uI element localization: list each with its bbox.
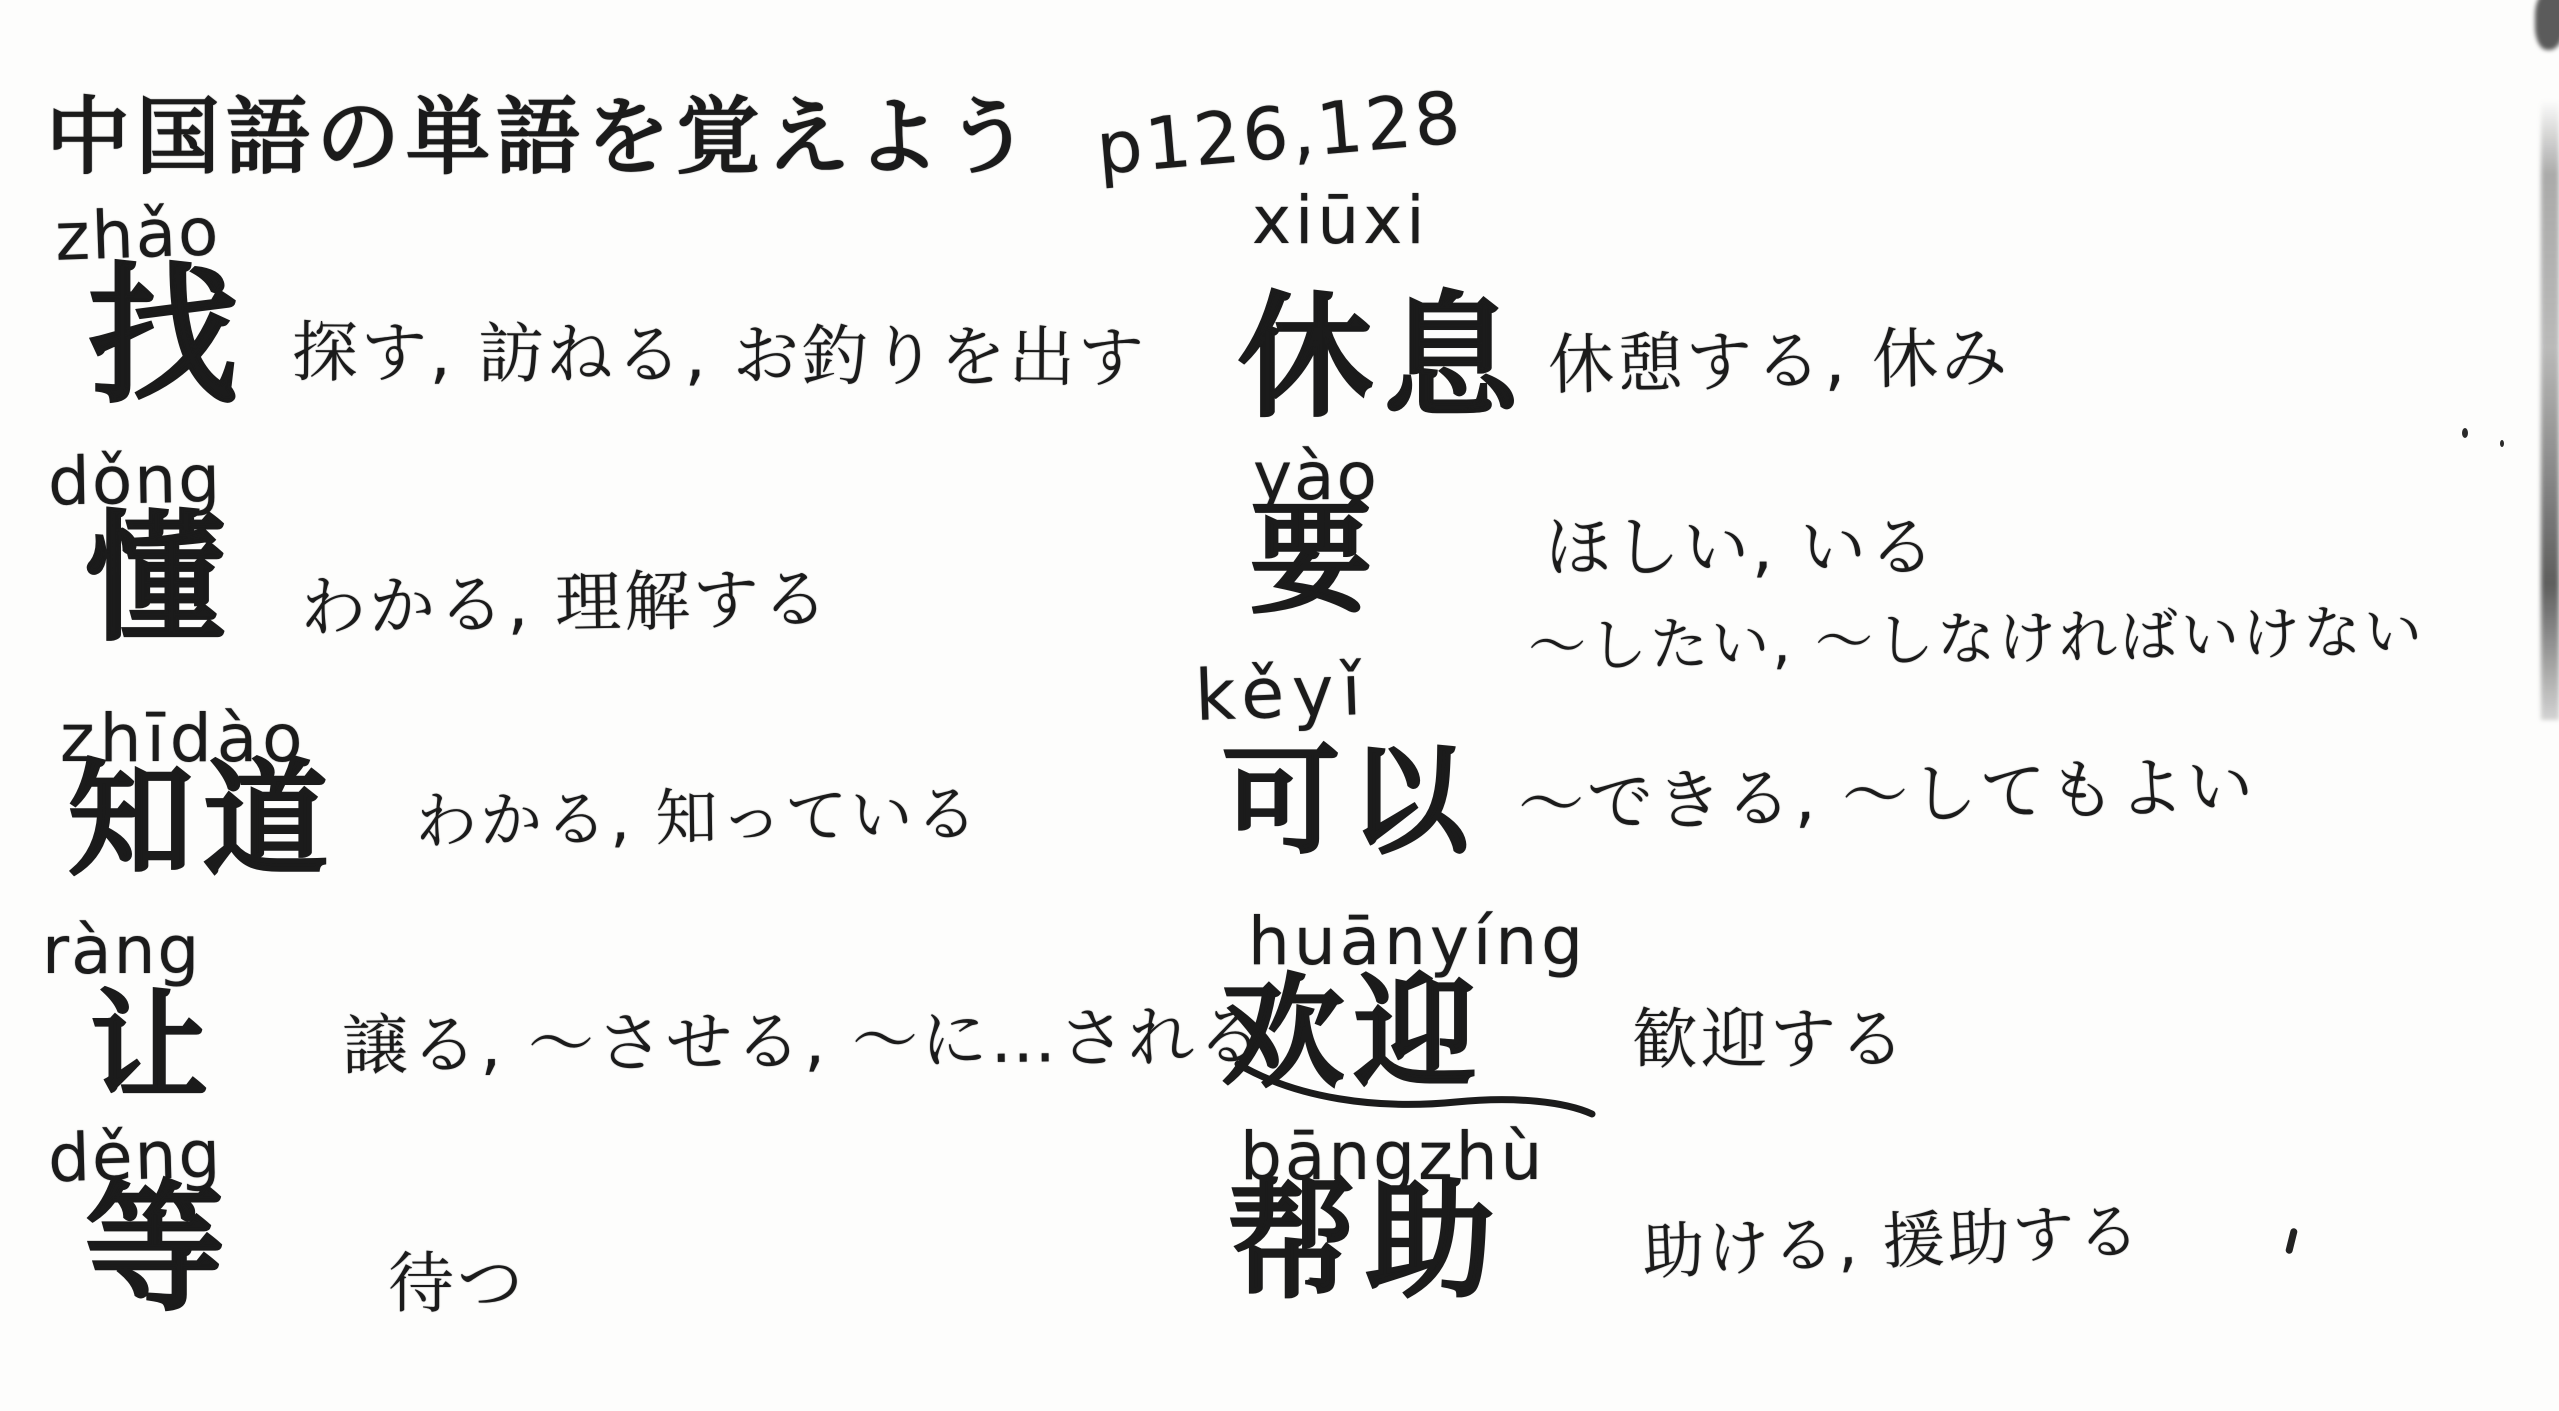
meaning-text: 譲る, ～させる, ～に…される [342, 983, 1267, 1088]
handwritten-vocab-note: 中国語の単語を覚えよう p126,128 zhǎo 找 探す, 訪ねる, お釣り… [0, 0, 2559, 1411]
note-title: 中国語の単語を覚えよう [46, 88, 1036, 186]
pinyin-text: kěyǐ [1194, 649, 1371, 737]
meaning-text: わかる, 理解する [299, 545, 832, 649]
scan-edge-shadow [2541, 100, 2559, 720]
meaning-text: 探す, 訪ねる, お釣りを出す [292, 299, 1148, 400]
hanzi-text: 可以 [1222, 742, 1478, 860]
meaning-text: ～できる, ～してもよい [1517, 732, 2257, 846]
scan-corner-blob [2535, 0, 2559, 50]
meaning-text: 助ける, 援助する [1640, 1181, 2144, 1292]
hanzi-text: 知道 [68, 758, 338, 883]
hanzi-text: 让 [90, 988, 218, 1106]
scan-speck [2462, 428, 2468, 438]
meaning-text: ほしい, いる [1545, 494, 1938, 589]
page-reference: p126,128 [1093, 75, 1466, 191]
hanzi-text: 找 [88, 262, 248, 412]
pinyin-text: xiūxi [1252, 182, 1429, 259]
scan-speck [2500, 440, 2504, 447]
ink-speck [2285, 1228, 2298, 1255]
meaning-text: 休憩する, 休み [1547, 304, 2011, 407]
meaning-text: 歓迎する [1632, 986, 1908, 1081]
hanzi-text: 帮助 [1228, 1178, 1504, 1306]
meaning-text: 待つ [388, 1230, 526, 1325]
hanzi-text: 懂 [85, 510, 235, 650]
meaning-secondary-text: ～したい, ～しなければいけない [1527, 584, 2425, 684]
hanzi-text: 要 [1250, 498, 1382, 620]
hanzi-text: 休息 [1238, 290, 1528, 425]
meaning-text: わかる, 知っている [414, 764, 981, 861]
hanzi-text: 等 [85, 1180, 235, 1320]
note-title-line: 中国語の単語を覚えよう p126,128 [46, 70, 1464, 191]
